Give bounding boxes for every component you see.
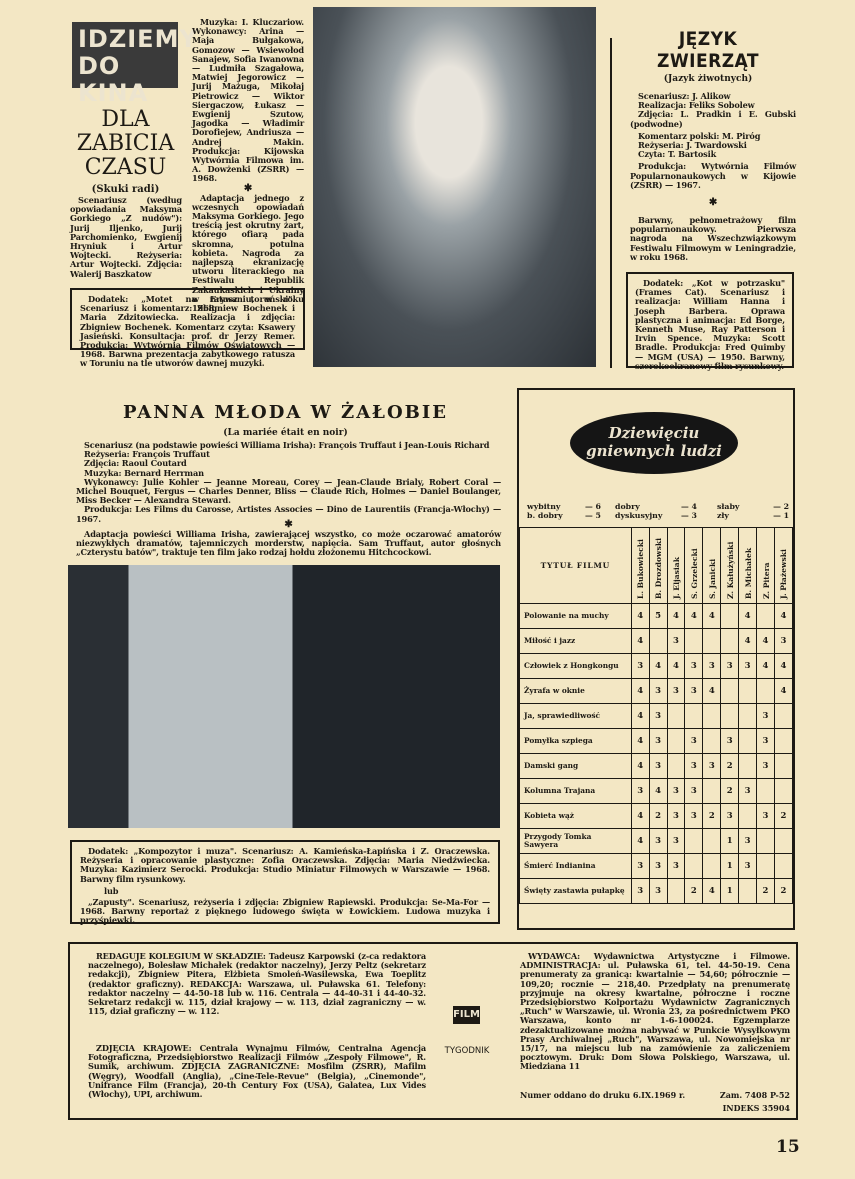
score-cell: 3	[685, 729, 703, 754]
score-cell	[703, 629, 721, 654]
supplement-box: Dodatek: „Motet na ratusz toruński". Sce…	[70, 288, 305, 350]
score-cell: 4	[631, 754, 649, 779]
score-cell: 3	[649, 854, 667, 879]
film-title-cell: Kolumna Trajana	[520, 779, 632, 804]
score-cell: 3	[667, 804, 685, 829]
column-header-critic: Z. Kałużyński	[721, 528, 739, 604]
rating-legend: wybitny — 6 dobry — 4 słaby — 2 b. dobry…	[527, 502, 789, 520]
score-cell: 2	[774, 804, 792, 829]
score-cell	[774, 779, 792, 804]
table-header-row: TYTUŁ FILMU L. BukowieckiB. DrozdowskiJ.…	[520, 528, 793, 604]
table-row: Śmierć Indianina33313	[520, 854, 793, 879]
score-cell: 4	[667, 654, 685, 679]
score-cell: 4	[631, 604, 649, 629]
score-cell	[739, 804, 757, 829]
score-cell: 3	[631, 854, 649, 879]
score-cell: 4	[631, 629, 649, 654]
score-cell: 4	[703, 679, 721, 704]
score-cell: 3	[649, 704, 667, 729]
score-cell	[667, 754, 685, 779]
credits-left: Scenariusz (według opowiadania Maksyma G…	[70, 196, 182, 279]
description: Barwny, pełnometrażowy film popularnonau…	[630, 216, 796, 262]
score-cell: 3	[757, 729, 775, 754]
score-cell	[739, 754, 757, 779]
film-title-cell: Człowiek z Hongkongu	[520, 654, 632, 679]
score-cell: 3	[721, 804, 739, 829]
column-header-critic: S. Grzelecki	[685, 528, 703, 604]
score-cell: 2	[721, 754, 739, 779]
star-divider: ✱	[630, 198, 796, 208]
score-cell: 3	[685, 754, 703, 779]
score-cell	[667, 729, 685, 754]
film-title-cell: Pomyłka szpiega	[520, 729, 632, 754]
score-cell: 4	[757, 629, 775, 654]
score-cell: 3	[649, 754, 667, 779]
score-cell: 4	[703, 604, 721, 629]
score-cell: 4	[774, 654, 792, 679]
print-info: Numer oddano do druku 6.IX.1969 r. Zam. …	[520, 1090, 790, 1113]
score-cell: 3	[685, 804, 703, 829]
score-cell: 3	[667, 829, 685, 854]
score-cell: 3	[703, 754, 721, 779]
table-row: Przygody Tomka Sawyera43313	[520, 829, 793, 854]
table-row: Pomyłka szpiega43333	[520, 729, 793, 754]
score-cell: 3	[774, 629, 792, 654]
table-row: Miłość i jazz43443	[520, 629, 793, 654]
description: ✱ Adaptacja powieści Williama Irisha, za…	[76, 520, 501, 558]
film-title-cell: Żyrafa w oknie	[520, 679, 632, 704]
score-cell	[721, 604, 739, 629]
score-cell: 3	[649, 829, 667, 854]
ratings-logo: Dziewięciu gniewnych ludzi	[570, 412, 738, 474]
original-title: (Skuki radi)	[68, 184, 183, 195]
score-cell	[721, 629, 739, 654]
score-cell: 3	[757, 754, 775, 779]
score-cell	[703, 779, 721, 804]
score-cell: 3	[685, 654, 703, 679]
badge-line1: IDZIEMY	[78, 26, 172, 53]
table-row: Damski gang433323	[520, 754, 793, 779]
score-cell	[774, 829, 792, 854]
table-row: Człowiek z Hongkongu344333344	[520, 654, 793, 679]
score-cell: 4	[739, 629, 757, 654]
film-title-cell: Przygody Tomka Sawyera	[520, 829, 632, 854]
score-cell: 2	[685, 879, 703, 904]
score-cell: 2	[757, 879, 775, 904]
score-cell	[721, 704, 739, 729]
score-cell: 2	[721, 779, 739, 804]
column-divider	[610, 38, 612, 368]
article-title-dla-zabicia-czasu: DLA ZABICIA CZASU	[68, 108, 183, 180]
score-cell: 3	[667, 779, 685, 804]
column-header-critic: B. Drozdowski	[649, 528, 667, 604]
score-cell	[757, 679, 775, 704]
score-cell: 3	[649, 679, 667, 704]
score-cell	[757, 829, 775, 854]
score-cell: 2	[649, 804, 667, 829]
table-row: Kolumna Trajana343323	[520, 779, 793, 804]
column-header-critic: J. Eljasiak	[667, 528, 685, 604]
score-cell: 3	[685, 679, 703, 704]
score-cell: 1	[721, 854, 739, 879]
score-cell: 3	[667, 629, 685, 654]
score-cell: 3	[757, 704, 775, 729]
column-header-critic: S. Janicki	[703, 528, 721, 604]
score-cell: 3	[667, 679, 685, 704]
score-cell	[774, 854, 792, 879]
score-cell	[757, 854, 775, 879]
score-cell: 4	[649, 779, 667, 804]
score-cell: 4	[631, 679, 649, 704]
table-row: Święty zastawia pułapkę3324122	[520, 879, 793, 904]
score-cell: 5	[649, 604, 667, 629]
score-cell: 1	[721, 879, 739, 904]
film-still-photo-woman	[313, 7, 596, 367]
score-cell: 3	[649, 729, 667, 754]
supplement-box: Dodatek: „Kot w potrzasku" (Frames Cat).…	[626, 272, 794, 368]
score-cell: 3	[739, 854, 757, 879]
score-cell: 3	[649, 879, 667, 904]
score-cell	[667, 704, 685, 729]
column-header-critic: L. Bukowiecki	[631, 528, 649, 604]
column-header-title: TYTUŁ FILMU	[520, 528, 632, 604]
section-badge: IDZIEMY DO KINA	[72, 22, 178, 88]
score-cell	[774, 704, 792, 729]
score-cell	[721, 679, 739, 704]
score-cell: 4	[631, 704, 649, 729]
score-cell	[703, 729, 721, 754]
film-title-cell: Kobieta wąż	[520, 804, 632, 829]
score-cell: 2	[774, 879, 792, 904]
score-cell: 4	[774, 604, 792, 629]
table-row: Polowanie na muchy4544444	[520, 604, 793, 629]
score-cell: 3	[631, 654, 649, 679]
score-cell	[703, 829, 721, 854]
table-row: Ja, sprawiedliwość433	[520, 704, 793, 729]
tygodnik-label: TYGODNIK	[437, 1046, 497, 1056]
score-cell: 4	[685, 604, 703, 629]
publisher-info: WYDAWCA: Wydawnictwa Artystyczne i Filmo…	[520, 952, 790, 1072]
score-cell	[703, 704, 721, 729]
score-cell: 4	[757, 654, 775, 679]
score-cell: 3	[721, 729, 739, 754]
credits: Scenariusz: J. Alikow Realizacja: Feliks…	[630, 92, 796, 262]
score-cell	[667, 879, 685, 904]
score-cell: 4	[631, 729, 649, 754]
credits: Scenariusz (na podstawie powieści Willia…	[76, 441, 501, 524]
score-cell	[757, 604, 775, 629]
photo-credits: ZDJĘCIA KRAJOWE: Centrala Wynajmu Filmów…	[88, 1044, 426, 1099]
score-cell	[739, 704, 757, 729]
score-cell: 4	[739, 604, 757, 629]
score-cell	[685, 629, 703, 654]
score-cell	[649, 629, 667, 654]
original-title: (La mariée était en noir)	[68, 428, 503, 438]
score-cell: 3	[631, 779, 649, 804]
supplement-box: Dodatek: „Kompozytor i muza". Scenariusz…	[70, 840, 500, 924]
column-header-critic: B. Michałek	[739, 528, 757, 604]
score-cell	[685, 854, 703, 879]
score-cell	[774, 754, 792, 779]
column-header-critic: J. Płażewski	[774, 528, 792, 604]
score-cell	[703, 854, 721, 879]
score-cell: 4	[649, 654, 667, 679]
score-cell	[739, 679, 757, 704]
original-title: (Jazyk żiwotnych)	[618, 74, 798, 84]
score-cell	[774, 729, 792, 754]
ratings-table: TYTUŁ FILMU L. BukowieckiB. DrozdowskiJ.…	[519, 527, 793, 904]
score-cell: 3	[739, 829, 757, 854]
score-cell: 3	[631, 879, 649, 904]
score-cell: 3	[739, 654, 757, 679]
score-cell: 1	[721, 829, 739, 854]
score-cell: 4	[774, 679, 792, 704]
credits-right: Muzyka: I. Kluczariow. Wykonawcy: Arina …	[192, 18, 304, 313]
score-cell: 3	[757, 804, 775, 829]
score-cell	[739, 729, 757, 754]
film-title-cell: Śmierć Indianina	[520, 854, 632, 879]
print-date: Numer oddano do druku 6.IX.1969 r.	[520, 1090, 685, 1100]
table-row: Kobieta wąż42332332	[520, 804, 793, 829]
score-cell: 4	[667, 604, 685, 629]
score-cell: 4	[631, 829, 649, 854]
score-cell: 3	[721, 654, 739, 679]
article-title-panna-mloda: PANNA MŁODA W ŻAŁOBIE	[68, 402, 503, 423]
score-cell	[685, 829, 703, 854]
badge-line2: DO KINA	[78, 53, 172, 107]
index-number: INDEKS 35904	[520, 1103, 790, 1113]
column-header-critic: Z. Pitera	[757, 528, 775, 604]
score-cell: 3	[667, 854, 685, 879]
score-cell: 3	[703, 654, 721, 679]
score-cell	[739, 879, 757, 904]
score-cell: 4	[703, 879, 721, 904]
score-cell: 3	[685, 779, 703, 804]
table-row: Żyrafa w oknie433344	[520, 679, 793, 704]
score-cell: 4	[631, 804, 649, 829]
page-number: 15	[776, 1137, 800, 1157]
film-title-cell: Polowanie na muchy	[520, 604, 632, 629]
editorial-board: REDAGUJE KOLEGIUM W SKŁADZIE: Tadeusz Ka…	[88, 952, 426, 1016]
score-cell	[685, 704, 703, 729]
film-title-cell: Damski gang	[520, 754, 632, 779]
film-title-cell: Święty zastawia pułapkę	[520, 879, 632, 904]
order-number: Zam. 7408 P-52	[720, 1090, 790, 1100]
score-cell: 2	[703, 804, 721, 829]
article-title-jezyk-zwierzat: JĘZYK ZWIERZĄT	[627, 28, 789, 72]
score-cell	[757, 779, 775, 804]
film-logo: FILM	[453, 1006, 480, 1024]
film-title-cell: Miłość i jazz	[520, 629, 632, 654]
film-title-cell: Ja, sprawiedliwość	[520, 704, 632, 729]
score-cell: 3	[739, 779, 757, 804]
film-still-photo-bride	[68, 565, 500, 828]
